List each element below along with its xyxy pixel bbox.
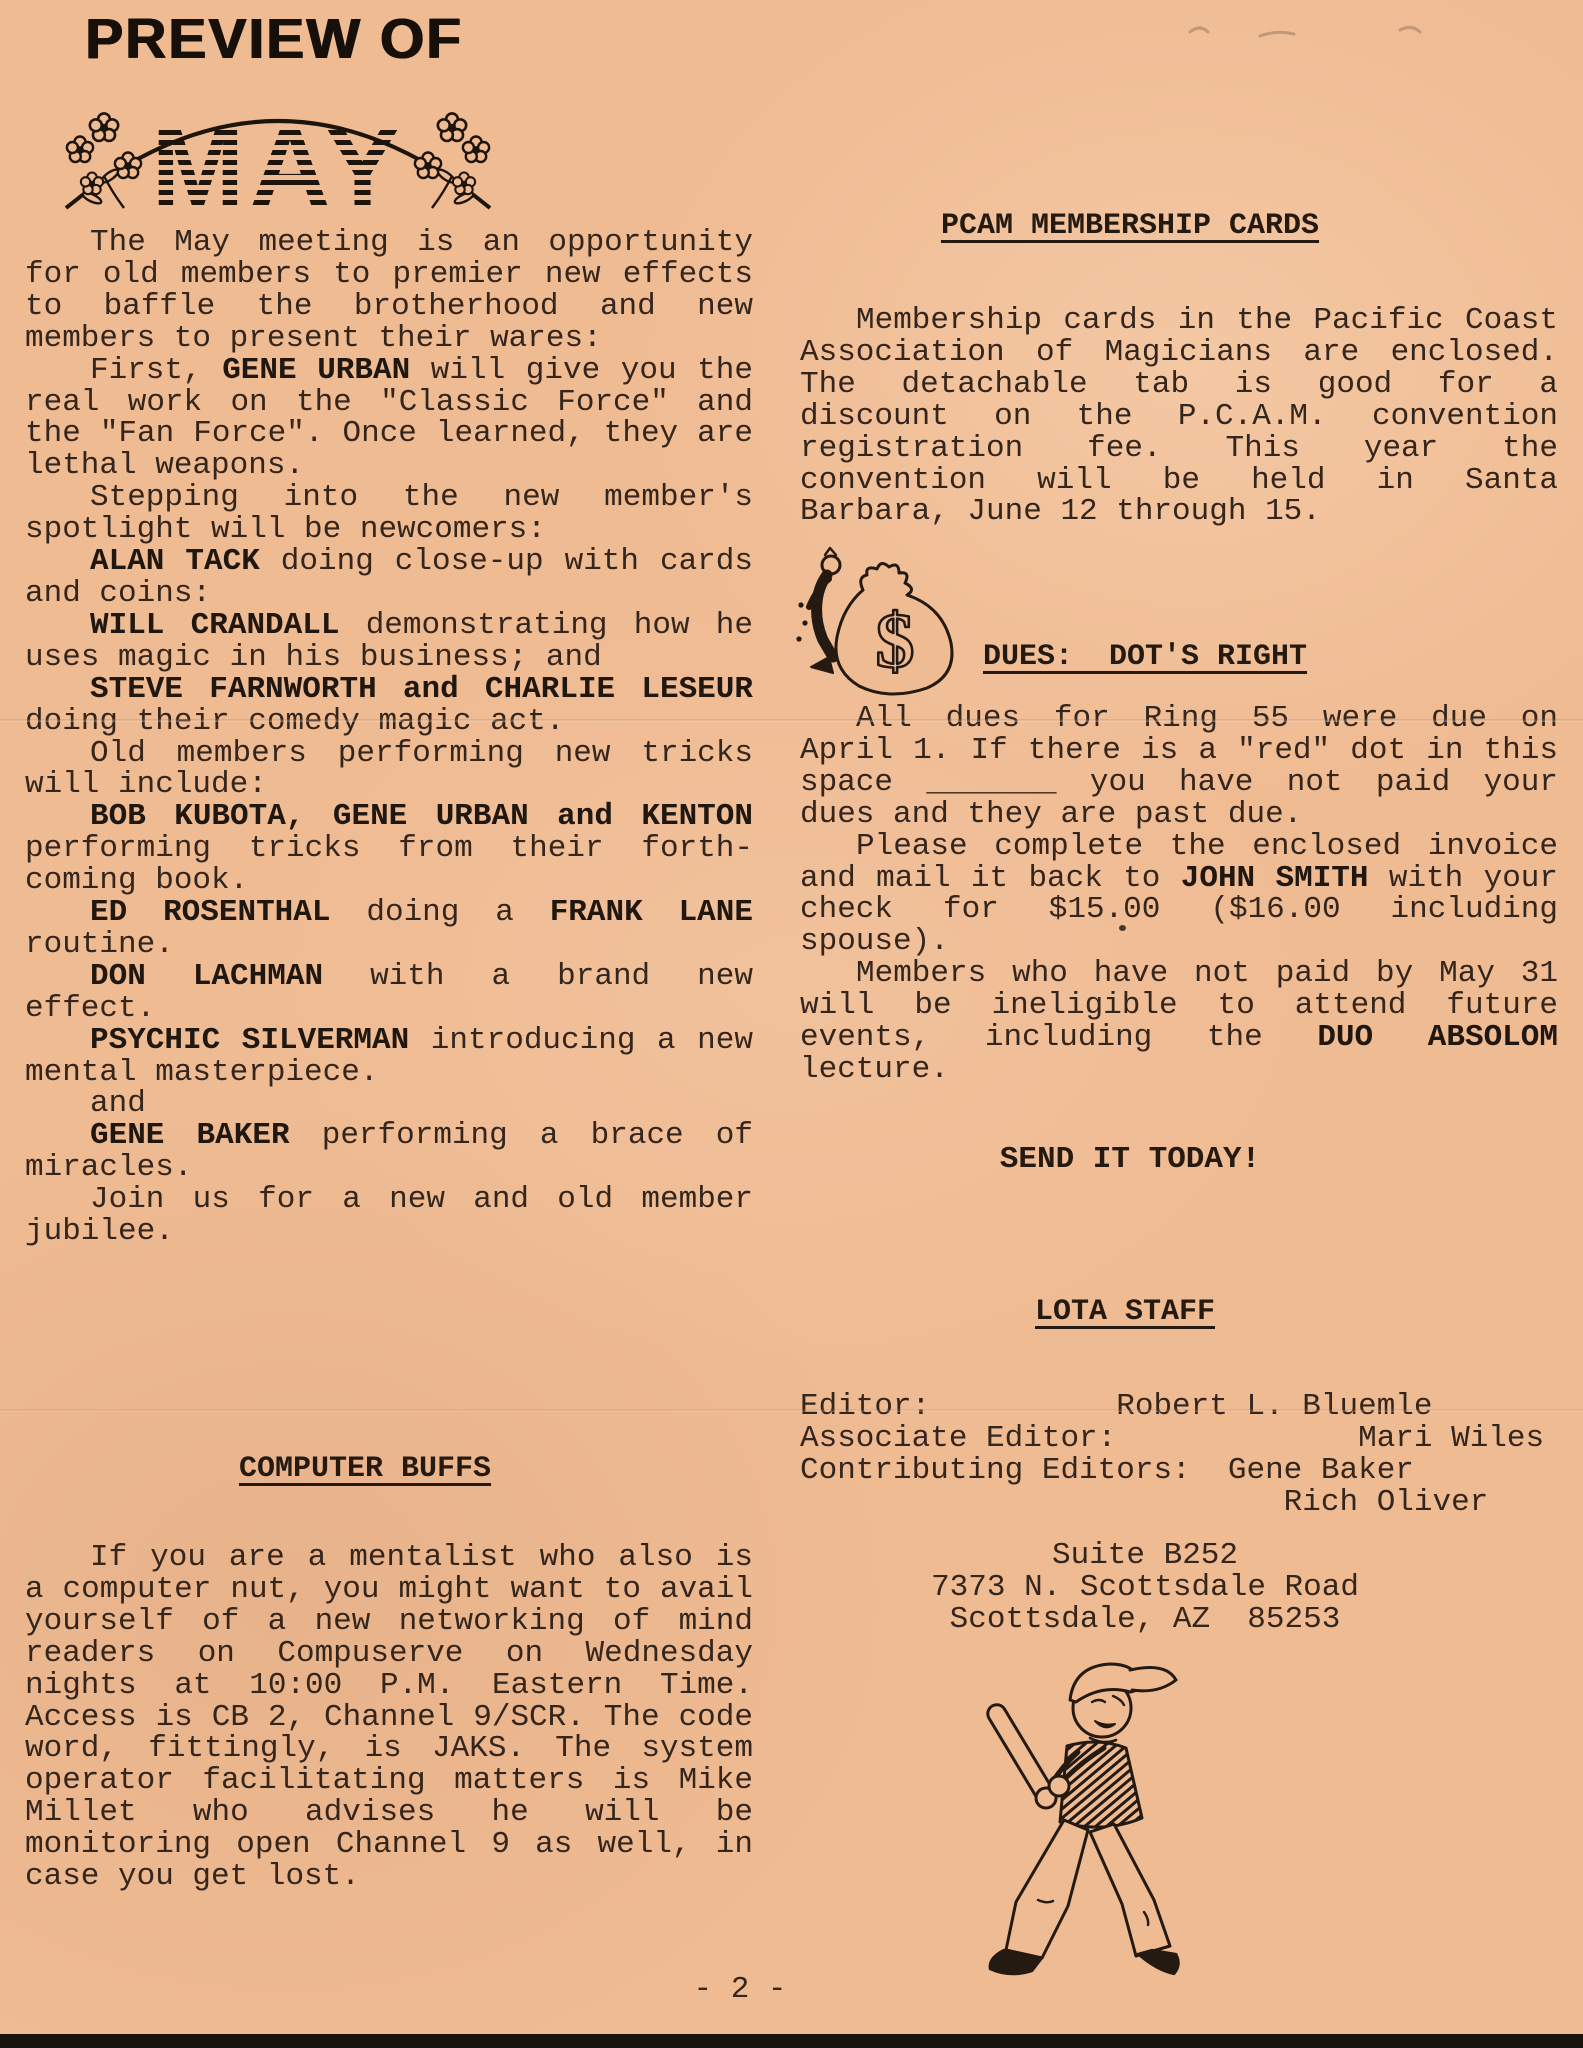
may-striped-letters: MAY [151, 105, 405, 222]
may-banner-graphic: MAY [52, 80, 504, 222]
pencil-smudge [1150, 8, 1530, 58]
paragraph: ED ROSENTHAL doing a FRANK LANE routine. [25, 897, 753, 961]
scanned-newsletter-page: { "header": { "title": "PREVIEW OF", "ma… [0, 0, 1583, 2048]
emphasized-name: GENE BAKER [90, 1118, 290, 1153]
text-segment: and [90, 1086, 146, 1121]
paragraph: First, GENE URBAN will give you the real… [25, 355, 753, 483]
dues-text: All dues for Ring 55 were due on April 1… [800, 703, 1558, 1086]
text-line: Associate Editor: Mari Wiles [800, 1423, 1544, 1455]
paper-crease [0, 719, 1583, 722]
text-segment: Old members performing new tricks will i… [25, 736, 753, 803]
text-segment: Membership cards in the Pacific Coast As… [800, 303, 1558, 529]
paragraph: and [25, 1088, 753, 1120]
player-left-leg [1006, 1820, 1088, 1958]
emphasized-name: STEVE FARNWORTH and CHARLIE LESEUR [90, 672, 753, 707]
text-segment: First, [90, 353, 222, 388]
text-segment: If you are a mentalist who also is a com… [25, 1540, 753, 1894]
text-line: Rich Oliver [800, 1487, 1544, 1519]
page-number: - 2 - [640, 1972, 840, 2007]
money-bag-icon: $ [793, 545, 968, 697]
text-line: Scottsdale, AZ 85253 [820, 1604, 1470, 1636]
baseball-player-icon [920, 1652, 1185, 2000]
text-segment: Join us for a new and old member jubilee… [25, 1182, 753, 1249]
paragraph: DON LACHMAN with a brand new effect. [25, 961, 753, 1025]
dues-heading-text: DUES: DOT'S RIGHT [983, 640, 1307, 674]
paper-speck [1119, 925, 1126, 931]
computer-buffs-heading: COMPUTER BUFFS [15, 1452, 715, 1486]
emphasized-name: DUO ABSOLOM [1317, 1020, 1558, 1055]
text-segment: doing a [331, 895, 550, 930]
emphasized-name: BOB KUBOTA, GENE URBAN and KENTON [90, 799, 753, 834]
scan-edge-bar [0, 2034, 1583, 2048]
emphasized-name: PSYCHIC SILVERMAN [90, 1023, 409, 1058]
dues-heading: DUES: DOT'S RIGHT [983, 640, 1307, 674]
computer-buffs-heading-text: COMPUTER BUFFS [239, 1452, 491, 1486]
paper-crease [0, 1409, 1583, 1412]
player-shoe [1138, 1950, 1179, 1974]
cap-visor [1130, 1668, 1176, 1691]
dollar-sign: $ [876, 597, 915, 684]
text-line: Contributing Editors: Gene Baker [800, 1455, 1544, 1487]
computer-buffs-text: If you are a mentalist who also is a com… [25, 1542, 753, 1893]
text-segment: The May meeting is an opportunity for ol… [25, 225, 753, 356]
text-segment: performing tricks from their forth-comin… [25, 831, 753, 898]
emphasized-name: DON LACHMAN [90, 959, 323, 994]
paragraph: If you are a mentalist who also is a com… [25, 1542, 753, 1893]
paragraph: Membership cards in the Pacific Coast As… [800, 305, 1558, 528]
emphasized-name: ED ROSENTHAL [90, 895, 331, 930]
page-title: PREVIEW OF [85, 6, 463, 72]
emphasized-name: WILL CRANDALL [90, 608, 339, 643]
lota-staff-heading-text: LOTA STAFF [1035, 1295, 1215, 1329]
paragraph: BOB KUBOTA, GENE URBAN and KENTON perfor… [25, 801, 753, 897]
send-it-today-callout: SEND IT TODAY! [800, 1142, 1460, 1177]
paragraph: GENE BAKER performing a brace of miracle… [25, 1120, 753, 1184]
staff-address: Suite B2527373 N. Scottsdale RoadScottsd… [820, 1540, 1470, 1636]
paragraph: Join us for a new and old member jubilee… [25, 1184, 753, 1248]
paragraph: Please complete the enclosed invoice and… [800, 831, 1558, 959]
may-meeting-preview-text: The May meeting is an opportunity for ol… [25, 227, 753, 1248]
text-segment: routine. [25, 927, 174, 962]
text-line: 7373 N. Scottsdale Road [820, 1572, 1470, 1604]
paragraph: Old members performing new tricks will i… [25, 738, 753, 802]
paragraph: The May meeting is an opportunity for ol… [25, 227, 753, 355]
text-line: Editor: Robert L. Bluemle [800, 1391, 1544, 1423]
flower-ornament-right [415, 113, 489, 208]
pcam-membership-text: Membership cards in the Pacific Coast As… [800, 305, 1558, 528]
pcam-membership-heading: PCAM MEMBERSHIP CARDS [800, 209, 1460, 243]
text-line: Suite B252 [820, 1540, 1470, 1572]
paragraph: All dues for Ring 55 were due on April 1… [800, 703, 1558, 831]
emphasized-name: FRANK LANE [550, 895, 753, 930]
paragraph: PSYCHIC SILVERMAN introducing a new ment… [25, 1025, 753, 1089]
paragraph: Stepping into the new member's spotlight… [25, 482, 753, 546]
text-segment: lecture. [800, 1052, 949, 1087]
pcam-membership-heading-text: PCAM MEMBERSHIP CARDS [941, 209, 1319, 243]
flower-ornament-left [67, 113, 141, 208]
emphasized-name: GENE URBAN [222, 353, 410, 388]
player-hand [1049, 1776, 1069, 1796]
emphasized-name: JOHN SMITH [1181, 861, 1369, 896]
paragraph: WILL CRANDALL demonstrating how he uses … [25, 610, 753, 674]
text-segment: Stepping into the new member's spotlight… [25, 480, 753, 547]
lota-staff-heading: LOTA STAFF [800, 1295, 1450, 1329]
paragraph: Members who have not paid by May 31 will… [800, 958, 1558, 1086]
paragraph: ALAN TACK doing close-up with cards and … [25, 546, 753, 610]
player-right-leg [1090, 1824, 1170, 1956]
paragraph: STEVE FARNWORTH and CHARLIE LESEUR doing… [25, 674, 753, 738]
emphasized-name: ALAN TACK [90, 544, 260, 579]
